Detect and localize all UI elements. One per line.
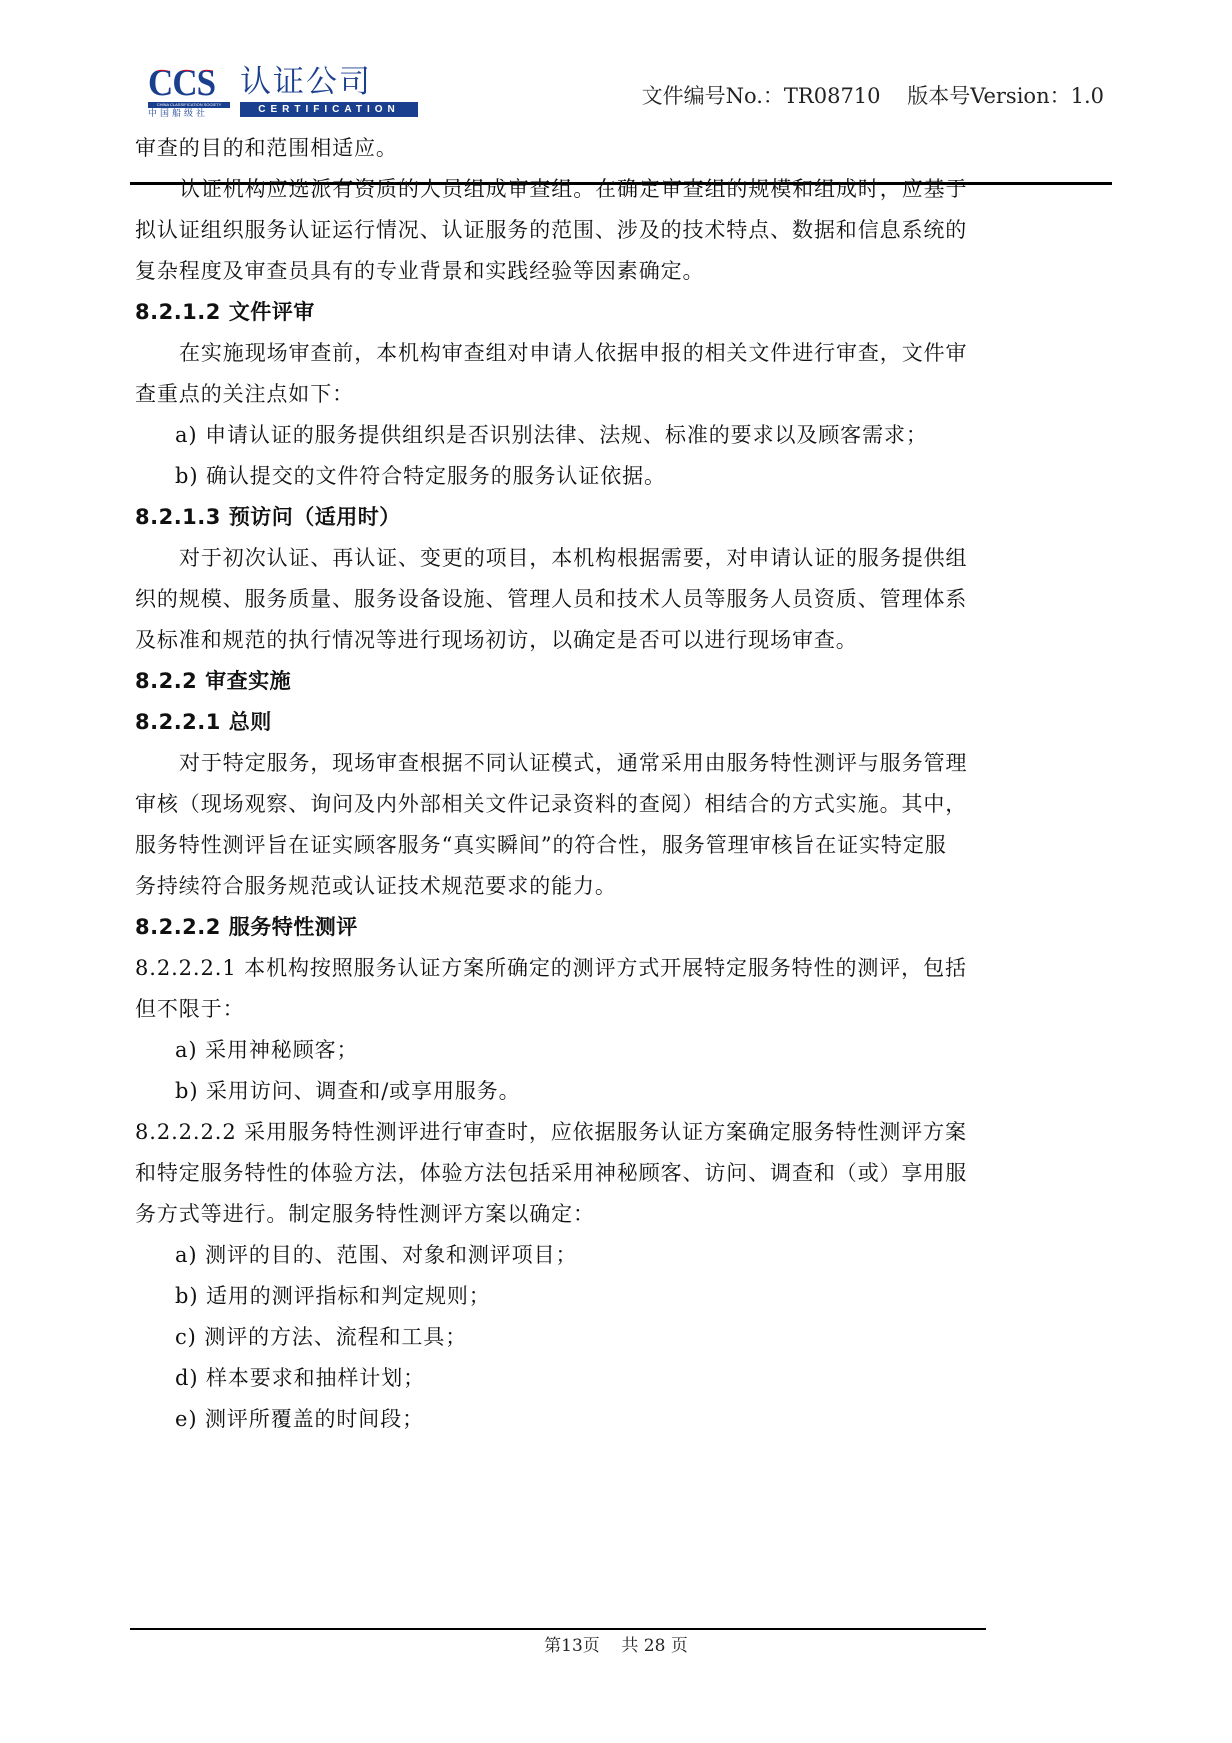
- list-item: b) 确认提交的文件符合特定服务的服务认证依据。: [135, 456, 985, 497]
- logo-ccs-mark: CCS: [148, 64, 215, 102]
- paragraph-line: 拟认证组织服务认证运行情况、认证服务的范围、涉及的技术特点、数据和信息系统的: [135, 210, 985, 251]
- paragraph-line: 及标准和规范的执行情况等进行现场初访，以确定是否可以进行现场审查。: [135, 620, 985, 661]
- page-header: CCS CHINA CLASSIFICATION SOCIETY 中国船级社 认…: [130, 58, 1112, 124]
- paragraph-first-line: 认证机构应选派有资质的人员组成审查组。在确定审查组的规模和组成时，应基于: [135, 169, 985, 210]
- list-item: a) 采用神秘顾客；: [135, 1030, 985, 1071]
- paragraph-line: 务持续符合服务规范或认证技术规范要求的能力。: [135, 866, 985, 907]
- paragraph-line: 但不限于：: [135, 989, 985, 1030]
- paragraph-first-line: 在实施现场审查前，本机构审查组对申请人依据申报的相关文件进行审查，文件审: [135, 333, 985, 374]
- list-item: b) 适用的测评指标和判定规则；: [135, 1276, 985, 1317]
- paragraph-line: 8.2.2.2.1 本机构按照服务认证方案所确定的测评方式开展特定服务特性的测评…: [135, 948, 985, 989]
- list-item: e) 测评所覆盖的时间段；: [135, 1399, 985, 1440]
- ccs-certification-logo: CCS CHINA CLASSIFICATION SOCIETY 中国船级社 认…: [148, 64, 428, 122]
- paragraph-line: 织的规模、服务质量、服务设备设施、管理人员和技术人员等服务人员资质、管理体系: [135, 579, 985, 620]
- logo-certification-band: CERTIFICATION: [240, 102, 418, 117]
- section-heading: 8.2.1.3 预访问（适用时）: [135, 497, 985, 538]
- paragraph-line: 查重点的关注点如下：: [135, 374, 985, 415]
- logo-cn-title: 认证公司: [240, 64, 372, 100]
- section-heading: 8.2.2.2 服务特性测评: [135, 907, 985, 948]
- paragraph-line: 复杂程度及审查员具有的专业背景和实践经验等因素确定。: [135, 251, 985, 292]
- section-heading: 8.2.2.1 总则: [135, 702, 985, 743]
- paragraph-first-line: 对于特定服务，现场审查根据不同认证模式，通常采用由服务特性测评与服务管理: [135, 743, 985, 784]
- paragraph-line: 审查的目的和范围相适应。: [135, 128, 985, 169]
- paragraph-line: 务方式等进行。制定服务特性测评方案以确定：: [135, 1194, 985, 1235]
- page-number: 第13页 共 28 页: [0, 1634, 1232, 1658]
- list-item: c) 测评的方法、流程和工具；: [135, 1317, 985, 1358]
- footer-divider: [130, 1628, 986, 1630]
- list-item: d) 样本要求和抽样计划；: [135, 1358, 985, 1399]
- list-item: a) 测评的目的、范围、对象和测评项目；: [135, 1235, 985, 1276]
- paragraph-line: 服务特性测评旨在证实顾客服务“真实瞬间”的符合性，服务管理审核旨在证实特定服: [135, 825, 985, 866]
- paragraph-line: 8.2.2.2.2 采用服务特性测评进行审查时，应依据服务认证方案确定服务特性测…: [135, 1112, 985, 1153]
- paragraph-line: 和特定服务特性的体验方法，体验方法包括采用神秘顾客、访问、调查和（或）享用服: [135, 1153, 985, 1194]
- list-item: b) 采用访问、调查和/或享用服务。: [135, 1071, 985, 1112]
- paragraph-line: 审核（现场观察、询问及内外部相关文件记录资料的查阅）相结合的方式实施。其中，: [135, 784, 985, 825]
- logo-ccs-text: CCS: [148, 62, 215, 104]
- list-item: a) 申请认证的服务提供组织是否识别法律、法规、标准的要求以及顾客需求；: [135, 415, 985, 456]
- document-number-version: 文件编号No.：TR08710 版本号Version：1.0: [642, 82, 1104, 110]
- logo-cn-small: 中国船级社: [148, 109, 208, 119]
- section-heading: 8.2.1.2 文件评审: [135, 292, 985, 333]
- paragraph-first-line: 对于初次认证、再认证、变更的项目，本机构根据需要，对申请认证的服务提供组: [135, 538, 985, 579]
- section-heading: 8.2.2 审查实施: [135, 661, 985, 702]
- document-body: 审查的目的和范围相适应。认证机构应选派有资质的人员组成审查组。在确定审查组的规模…: [135, 128, 985, 1440]
- logo-society-band: CHINA CLASSIFICATION SOCIETY: [148, 102, 230, 108]
